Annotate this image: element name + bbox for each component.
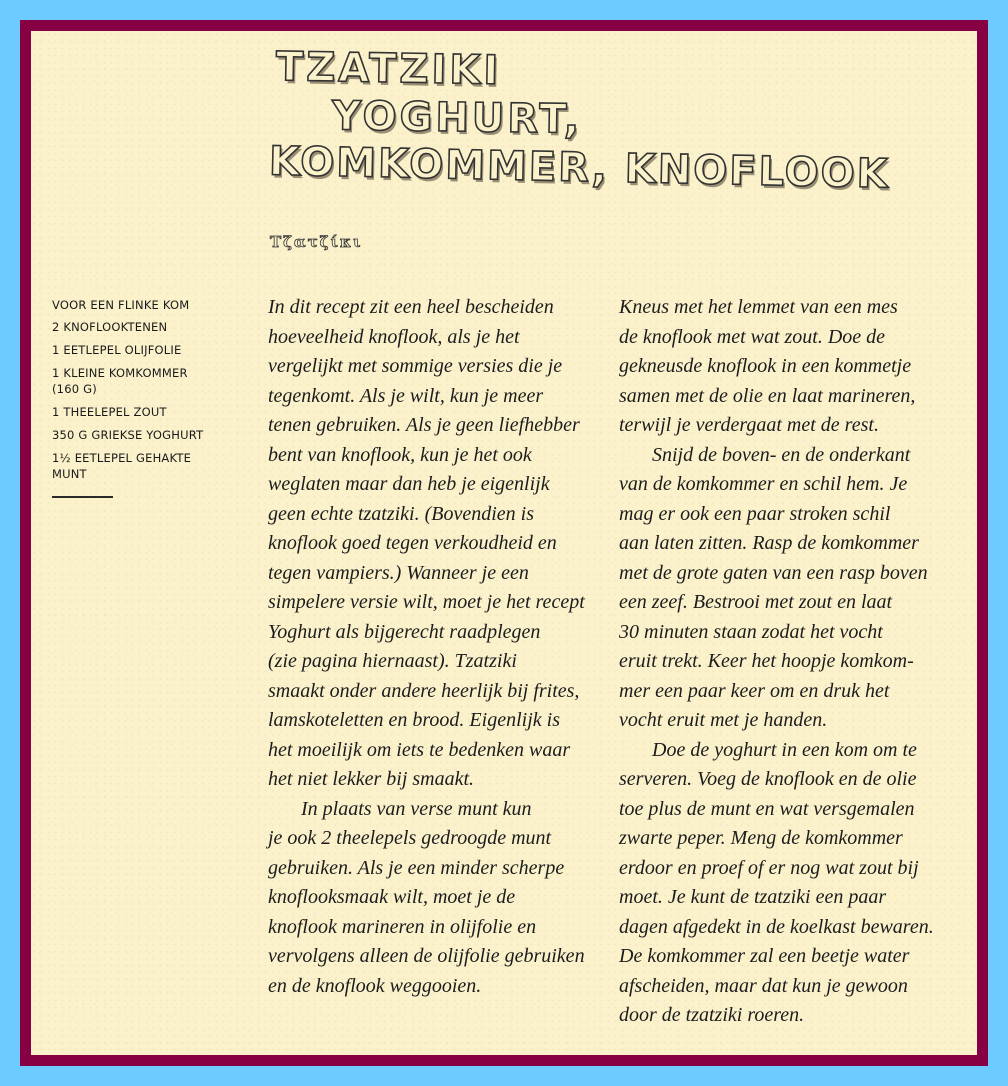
- body-paragraph: Doe de yoghurt in een kom om teserveren.…: [619, 736, 964, 1031]
- text-line: Doe de yoghurt in een kom om te: [619, 736, 964, 766]
- ingredient-item: 1 EETLEPEL OLIJFOLIE: [52, 342, 252, 358]
- page-title-line-2: YOGHURT,: [332, 96, 583, 139]
- page-title-line-3: KOMKOMMER, KNOFLOOK: [269, 142, 890, 195]
- text-line: (zie pagina hiernaast). Tzatziki: [268, 647, 613, 677]
- text-line: tenen gebruiken. Als je geen liefhebber: [268, 411, 613, 441]
- text-line: mer een paar keer om en druk het: [619, 677, 964, 707]
- body-paragraph: Kneus met het lemmet van een mesde knofl…: [619, 293, 964, 441]
- text-line: In dit recept zit een heel bescheiden: [268, 293, 613, 323]
- body-paragraph: In dit recept zit een heel bescheidenhoe…: [268, 293, 613, 795]
- recipe-page: TZATZIKI YOGHURT, KOMKOMMER, KNOFLOOK Τζ…: [31, 31, 977, 1055]
- ingredient-item: 1 KLEINE KOMKOMMER (160 G): [52, 365, 202, 397]
- ingredient-item: 2 KNOFLOOKTENEN: [52, 319, 252, 335]
- text-line: door de tzatziki roeren.: [619, 1001, 964, 1031]
- ingredients-divider: [52, 496, 113, 498]
- text-line: vergelijkt met sommige versies die je: [268, 352, 613, 382]
- text-line: knoflook marineren in olijfolie en: [268, 913, 613, 943]
- body-column-right: Kneus met het lemmet van een mesde knofl…: [619, 293, 964, 1031]
- text-line: tegen vampiers.) Wanneer je een: [268, 559, 613, 589]
- text-line: zwarte peper. Meng de komkommer: [619, 824, 964, 854]
- body-column-left: In dit recept zit een heel bescheidenhoe…: [268, 293, 613, 1001]
- text-line: Kneus met het lemmet van een mes: [619, 293, 964, 323]
- body-paragraph: Snijd de boven- en de onderkantvan de ko…: [619, 441, 964, 736]
- text-line: samen met de olie en laat marineren,: [619, 382, 964, 412]
- text-line: Yoghurt als bijgerecht raadplegen: [268, 618, 613, 648]
- text-line: dagen afgedekt in de koelkast bewaren.: [619, 913, 964, 943]
- greek-subtitle: Τζατζίκι: [270, 233, 362, 251]
- text-line: smaakt onder andere heerlijk bij frites,: [268, 677, 613, 707]
- text-line: hoeveelheid knoflook, als je het: [268, 323, 613, 353]
- ingredients-list: VOOR EEN FLINKE KOM 2 KNOFLOOKTENEN 1 EE…: [52, 298, 252, 498]
- text-line: bent van knoflook, kun je het ook: [268, 441, 613, 471]
- text-line: de knoflook met wat zout. Doe de: [619, 323, 964, 353]
- text-line: De komkommer zal een beetje water: [619, 942, 964, 972]
- ingredient-item: 1½ EETLEPEL GEHAKTE MUNT: [52, 450, 202, 482]
- body-paragraph: In plaats van verse munt kunje ook 2 the…: [268, 795, 613, 1002]
- text-line: het niet lekker bij smaakt.: [268, 765, 613, 795]
- text-line: van de komkommer en schil hem. Je: [619, 470, 964, 500]
- text-line: en de knoflook weggooien.: [268, 972, 613, 1002]
- text-line: 30 minuten staan zodat het vocht: [619, 618, 964, 648]
- text-line: afscheiden, maar dat kun je gewoon: [619, 972, 964, 1002]
- text-line: terwijl je verdergaat met de rest.: [619, 411, 964, 441]
- text-line: geen echte tzatziki. (Bovendien is: [268, 500, 613, 530]
- text-line: In plaats van verse munt kun: [268, 795, 613, 825]
- ingredient-item: 350 G GRIEKSE YOGHURT: [52, 427, 252, 443]
- text-line: tegenkomt. Als je wilt, kun je meer: [268, 382, 613, 412]
- text-line: gekneusde knoflook in een kommetje: [619, 352, 964, 382]
- text-line: serveren. Voeg de knoflook en de olie: [619, 765, 964, 795]
- text-line: gebruiken. Als je een minder scherpe: [268, 854, 613, 884]
- text-line: je ook 2 theelepels gedroogde munt: [268, 824, 613, 854]
- text-line: vocht eruit met je handen.: [619, 706, 964, 736]
- text-line: een zeef. Bestrooi met zout en laat: [619, 588, 964, 618]
- text-line: het moeilijk om iets te bedenken waar: [268, 736, 613, 766]
- text-line: moet. Je kunt de tzatziki een paar: [619, 883, 964, 913]
- text-line: Snijd de boven- en de onderkant: [619, 441, 964, 471]
- page-frame: TZATZIKI YOGHURT, KOMKOMMER, KNOFLOOK Τζ…: [20, 20, 988, 1066]
- text-line: erdoor en proef of er nog wat zout bij: [619, 854, 964, 884]
- ingredient-item: 1 THEELEPEL ZOUT: [52, 404, 252, 420]
- text-line: simpelere versie wilt, moet je het recep…: [268, 588, 613, 618]
- text-line: aan laten zitten. Rasp de komkommer: [619, 529, 964, 559]
- servings-label: VOOR EEN FLINKE KOM: [52, 298, 252, 312]
- text-line: eruit trekt. Keer het hoopje komkom-: [619, 647, 964, 677]
- text-line: vervolgens alleen de olijfolie gebruiken: [268, 942, 613, 972]
- text-line: met de grote gaten van een rasp boven: [619, 559, 964, 589]
- text-line: weglaten maar dan heb je eigenlijk: [268, 470, 613, 500]
- text-line: knoflook goed tegen verkoudheid en: [268, 529, 613, 559]
- text-line: mag er ook een paar stroken schil: [619, 500, 964, 530]
- text-line: knoflooksmaak wilt, moet je de: [268, 883, 613, 913]
- text-line: lamskoteletten en brood. Eigenlijk is: [268, 706, 613, 736]
- text-line: toe plus de munt en wat versgemalen: [619, 795, 964, 825]
- page-title-line-1: TZATZIKI: [276, 47, 502, 91]
